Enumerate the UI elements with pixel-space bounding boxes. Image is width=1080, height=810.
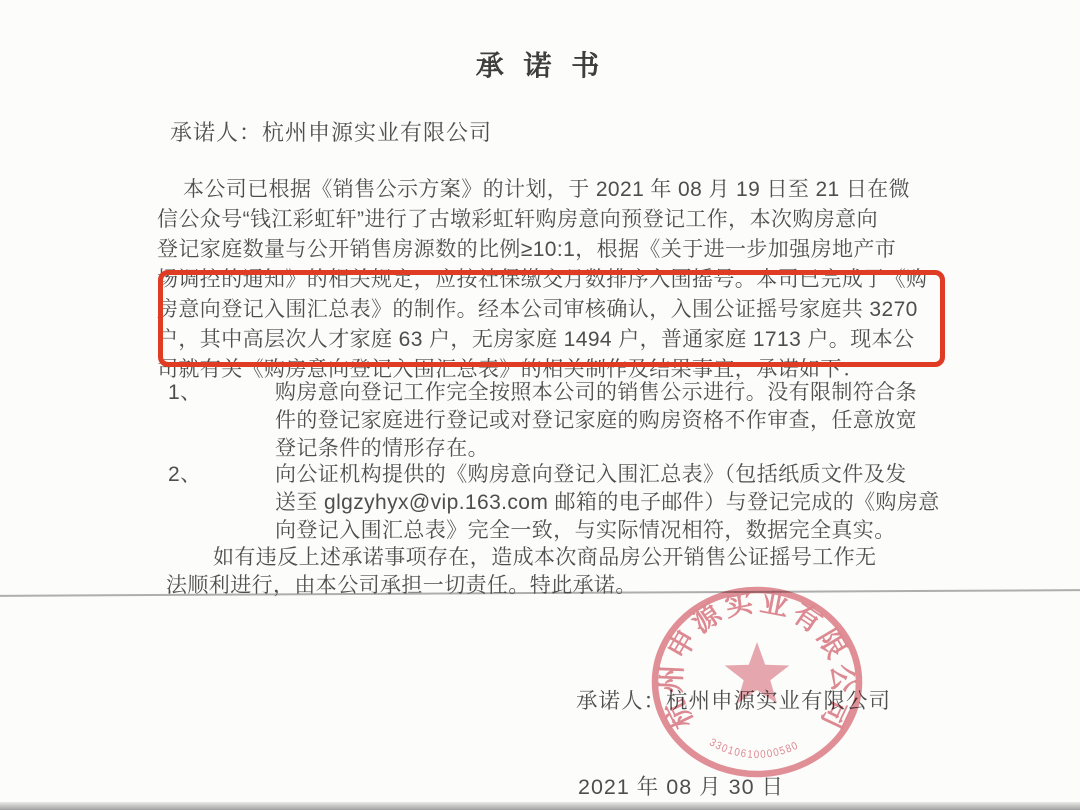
- document-title: 承 诺 书: [0, 44, 1080, 84]
- paragraph-line: 本公司已根据《销售公示方案》的计划，于 2021 年 08 月 19 日至 21…: [157, 175, 927, 205]
- paragraph-line: 如有违反上述承诺事项存在，造成本次商品房公开销售公证摇号工作无: [158, 544, 876, 572]
- paragraph-line: 登记家庭数量与公开销售房源数的比例≥10:1，根据《关于进一步加强房地产市: [157, 235, 927, 265]
- paragraph-line: 法顺利进行，由本公司承担一切责任。特此承诺。: [158, 572, 876, 600]
- scan-edge-shadow: [0, 802, 1080, 810]
- date-line: 2021 年 08 月 30 日: [578, 770, 784, 801]
- list-item-text: 购房意向登记工作完全按照本公司的销售公示进行。没有限制符合条: [275, 381, 917, 404]
- list-item-line: 送至 glgzyhyx@vip.163.com 邮箱的电子邮件）与登记完成的《购…: [168, 489, 940, 517]
- list-item-line: 登记条件的情形存在。: [168, 435, 917, 463]
- list-item-1: 1、购房意向登记工作完全按照本公司的销售公示进行。没有限制符合条 件的登记家庭进…: [168, 379, 917, 463]
- list-item-2: 2、向公证机构提供的《购房意向登记入围汇总表》（包括纸质文件及发 送至 glgz…: [168, 461, 940, 545]
- seal-ring: [655, 590, 859, 774]
- list-item-marker: 2、: [168, 461, 275, 489]
- seal-number-textpath: 33010610000580: [707, 736, 801, 761]
- signature-line: 承诺人：杭州申源实业有限公司: [576, 684, 891, 715]
- highlight-box: [158, 270, 945, 367]
- list-item-line: 件的登记家庭进行登记或对登记家庭的购房资格不作审查，任意放宽: [168, 407, 917, 435]
- list-item-line: 2、向公证机构提供的《购房意向登记入围汇总表》（包括纸质文件及发: [168, 461, 940, 489]
- list-item-text: 向公证机构提供的《购房意向登记入围汇总表》（包括纸质文件及发: [275, 463, 907, 486]
- list-item-marker: 1、: [168, 379, 275, 407]
- list-item-line: 1、购房意向登记工作完全按照本公司的销售公示进行。没有限制符合条: [168, 379, 917, 407]
- document-page: 承 诺 书 承诺人：杭州申源实业有限公司 本公司已根据《销售公示方案》的计划，于…: [0, 0, 1080, 810]
- closing-paragraph: 如有违反上述承诺事项存在，造成本次商品房公开销售公证摇号工作无 法顺利进行，由本…: [158, 544, 876, 600]
- list-item-line: 向登记入围汇总表》完全一致，与实际情况相符，数据完全真实。: [168, 517, 940, 545]
- paragraph-line: 信公众号“钱江彩虹轩”进行了古墩彩虹轩购房意向预登记工作，本次购房意向: [157, 205, 927, 235]
- seal-number-text: 33010610000580: [707, 736, 801, 761]
- promisor-line: 承诺人：杭州申源实业有限公司: [170, 116, 492, 147]
